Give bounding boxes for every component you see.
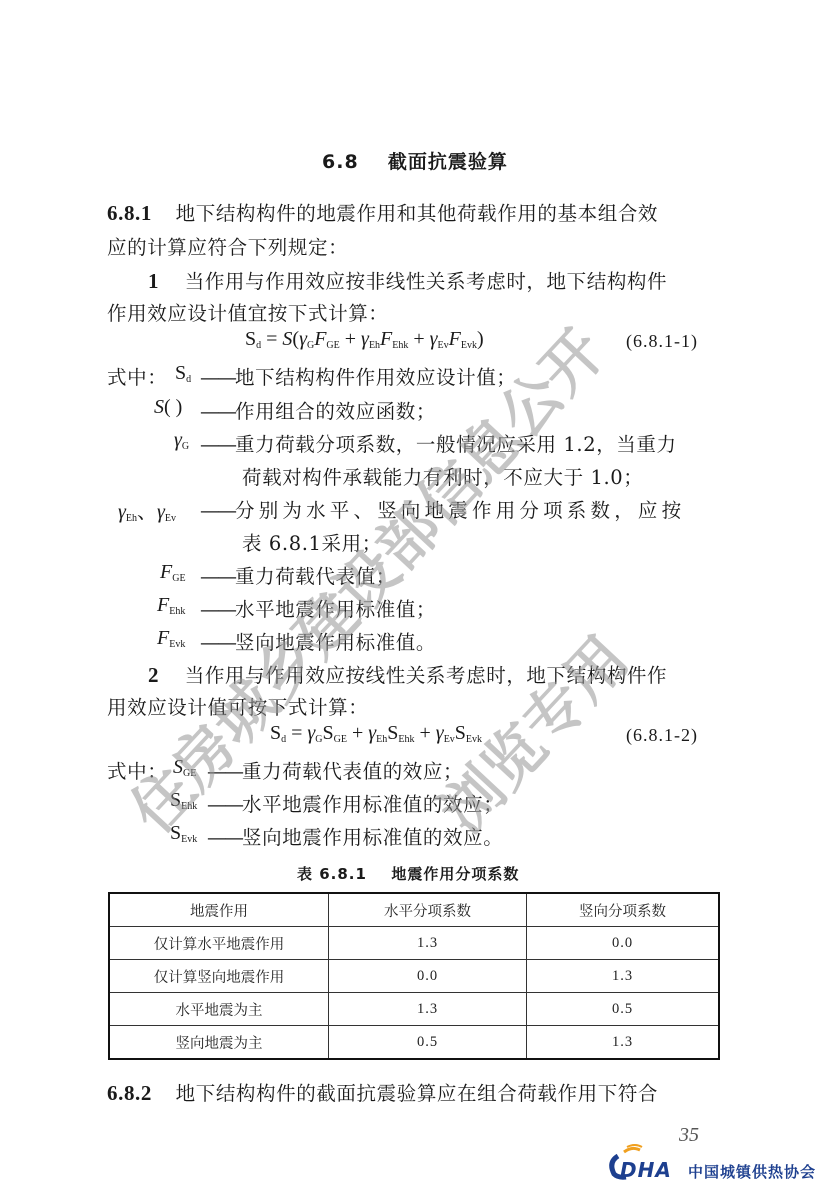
logo-text: DHA: [620, 1158, 672, 1182]
table-header-row: 地震作用 水平分项系数 竖向分项系数: [109, 893, 719, 927]
table-cell: 0.5: [329, 1026, 527, 1060]
def-gamma-eh-ev-cont: 表 6.8.1采用；: [242, 528, 382, 556]
document-page: 6.8 截面抗震验算 6.8.1 地下结构构件的地震作用和其他荷载作用的基本组合…: [0, 0, 827, 1198]
def-symbol-fge: FGE: [160, 561, 186, 584]
def-symbol-fehk: FEhk: [157, 594, 185, 617]
item-number: 1: [148, 269, 159, 293]
clause-682-line1: 6.8.2 地下结构构件的截面抗震验算应在组合荷载作用下符合: [107, 1078, 658, 1106]
equation-number: (6.8.1-2): [626, 725, 698, 746]
def-symbol-fevk: FEvk: [157, 627, 185, 650]
def-sevk: ——竖向地震作用标准值的效应。: [207, 822, 503, 850]
table-row: 水平地震为主 1.3 0.5: [109, 993, 719, 1026]
where-label: 式中：: [107, 362, 167, 390]
item1-line1: 1 当作用与作用效应按非线性关系考虑时，地下结构构件: [148, 266, 667, 294]
header-cell: 竖向分项系数: [527, 893, 720, 927]
def-fevk: ——竖向地震作用标准值。: [200, 627, 436, 655]
table-cell: 水平地震为主: [109, 993, 329, 1026]
table-caption: 表 6.8.1 地震作用分项系数: [297, 863, 519, 884]
table-number: 表 6.8.1: [297, 865, 367, 883]
def-gamma-g: ——重力荷载分项系数，一般情况应采用 1.2，当重力: [200, 429, 677, 457]
def-symbol-gamma-g: γG: [174, 429, 189, 452]
clause-number: 6.8.2: [107, 1081, 152, 1105]
table-cell: 0.5: [527, 993, 720, 1026]
def-sehk: ——水平地震作用标准值的效应；: [207, 789, 503, 817]
table-cell: 1.3: [527, 1026, 720, 1060]
table-title: 地震作用分项系数: [391, 865, 519, 883]
clause-text: 地下结构构件的地震作用和其他荷载作用的基本组合效: [176, 202, 658, 225]
def-symbol-sevk: SEvk: [170, 822, 197, 845]
table-row: 仅计算竖向地震作用 0.0 1.3: [109, 960, 719, 993]
def-sd: ——地下结构构件作用效应设计值；: [200, 362, 516, 390]
item1-line2: 作用效应设计值宜按下式计算：: [107, 298, 388, 326]
def-symbol-sehk: SEhk: [170, 789, 197, 812]
item-text: 当作用与作用效应按非线性关系考虑时，地下结构构件: [185, 270, 667, 293]
def-symbol-gamma-eh-ev: γEh、γEv: [118, 495, 176, 524]
def-gamma-eh-ev: ——分别为水平、竖向地震作用分项系数，应按: [200, 495, 685, 523]
seismic-coefficient-table: 地震作用 水平分项系数 竖向分项系数 仅计算水平地震作用 1.3 0.0 仅计算…: [108, 892, 720, 1060]
def-fehk: ——水平地震作用标准值；: [200, 594, 436, 622]
table-cell: 1.3: [329, 927, 527, 960]
section-title: 截面抗震验算: [388, 151, 508, 173]
equation-number: (6.8.1-1): [626, 331, 698, 352]
table-row: 竖向地震为主 0.5 1.3: [109, 1026, 719, 1060]
organization-name: 中国城镇供热协会: [688, 1161, 816, 1182]
table-cell: 0.0: [329, 960, 527, 993]
table-cell: 1.3: [329, 993, 527, 1026]
table-row: 仅计算水平地震作用 1.3 0.0: [109, 927, 719, 960]
table-cell: 0.0: [527, 927, 720, 960]
clause-text: 地下结构构件的截面抗震验算应在组合荷载作用下符合: [176, 1082, 658, 1105]
def-sge: ——重力荷载代表值的效应；: [207, 756, 463, 784]
section-heading: 6.8 截面抗震验算: [322, 147, 508, 174]
equation-6-8-1-1: Sd = S(γGFGE + γEhFEhk + γEvFEvk): [245, 328, 484, 351]
where-label: 式中：: [107, 756, 167, 784]
clause-681-line2: 应的计算应符合下列规定：: [107, 232, 348, 260]
table-cell: 竖向地震为主: [109, 1026, 329, 1060]
def-symbol-s-func: S( ): [154, 396, 182, 419]
item-text: 当作用与作用效应按线性关系考虑时，地下结构构件作: [185, 664, 667, 687]
section-number: 6.8: [322, 151, 359, 173]
header-cell: 水平分项系数: [329, 893, 527, 927]
table-cell: 仅计算竖向地震作用: [109, 960, 329, 993]
item2-line1: 2 当作用与作用效应按线性关系考虑时，地下结构构件作: [148, 660, 667, 688]
clause-681-line1: 6.8.1 地下结构构件的地震作用和其他荷载作用的基本组合效: [107, 198, 658, 226]
def-fge: ——重力荷载代表值；: [200, 561, 396, 589]
header-cell: 地震作用: [109, 893, 329, 927]
def-symbol-sd: Sd: [175, 362, 191, 385]
equation-6-8-1-2: Sd = γGSGE + γEhSEhk + γEvSEvk: [270, 722, 482, 745]
table-cell: 仅计算水平地震作用: [109, 927, 329, 960]
item-number: 2: [148, 663, 159, 687]
item2-line2: 用效应设计值可按下式计算：: [107, 692, 368, 720]
def-s-func: ——作用组合的效应函数；: [200, 396, 436, 424]
table-cell: 1.3: [527, 960, 720, 993]
def-symbol-sge: SGE: [173, 756, 196, 779]
clause-number: 6.8.1: [107, 201, 152, 225]
def-gamma-g-cont: 荷载对构件承载能力有利时，不应大于 1.0；: [242, 462, 643, 490]
